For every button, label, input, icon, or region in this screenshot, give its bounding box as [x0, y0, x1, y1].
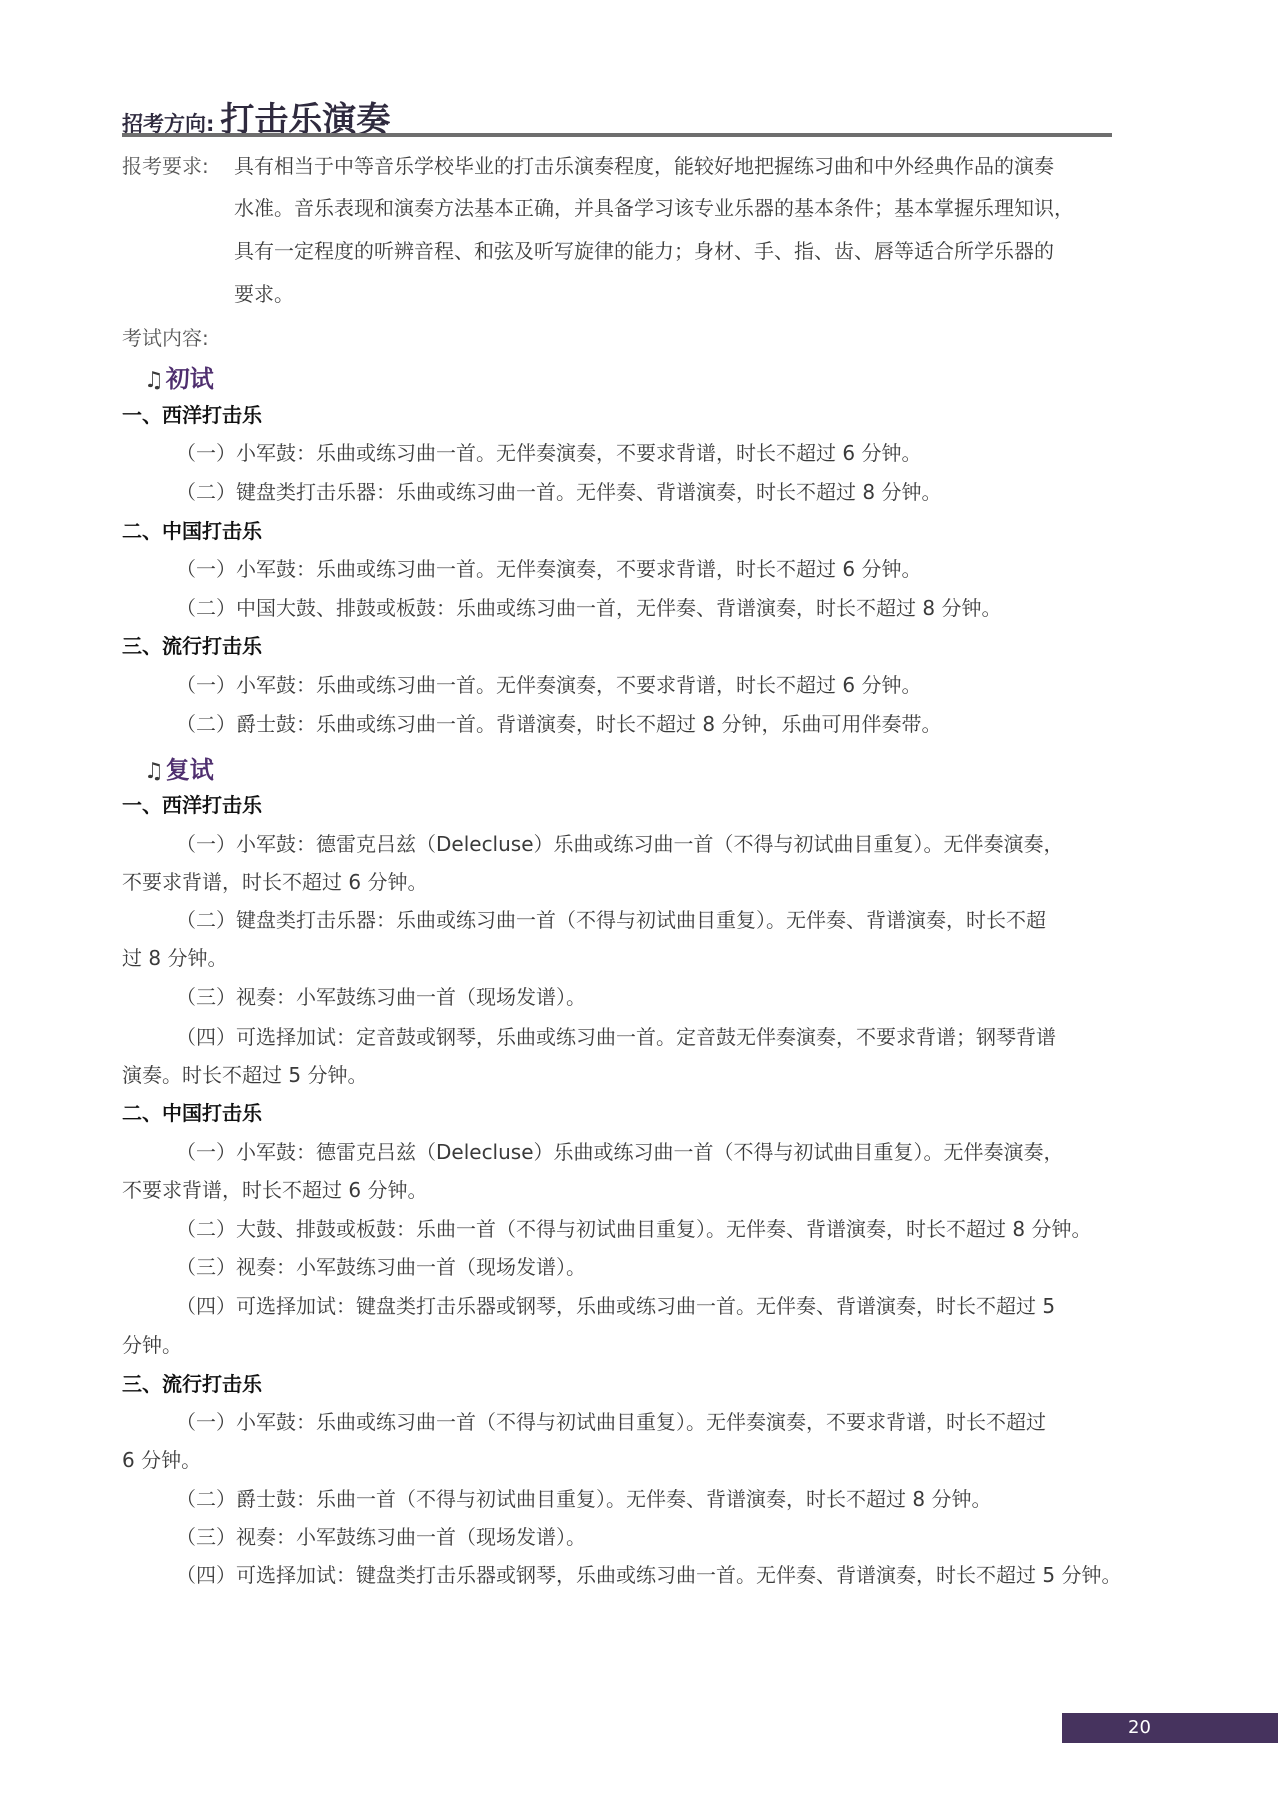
list-item: （一）小军鼓：德雷克吕兹（Delecluse）乐曲或练习曲一首（不得与初试曲目重… [176, 1138, 1064, 1166]
requirements-line: 要求。 [234, 280, 294, 308]
category-heading: 三、流行打击乐 [122, 632, 262, 660]
list-item: （一）小军鼓：乐曲或练习曲一首。无伴奏演奏，不要求背谱，时长不超过 6 分钟。 [176, 671, 921, 699]
list-item: （二）键盘类打击乐器：乐曲或练习曲一首（不得与初试曲目重复）。无伴奏、背谱演奏，… [176, 906, 1046, 934]
list-item: （一）小军鼓：乐曲或练习曲一首。无伴奏演奏，不要求背谱，时长不超过 6 分钟。 [176, 439, 921, 467]
stage-title: 初试 [166, 365, 214, 393]
header-divider [122, 133, 1112, 137]
list-item: （二）键盘类打击乐器：乐曲或练习曲一首。无伴奏、背谱演奏，时长不超过 8 分钟。 [176, 478, 941, 506]
list-item: （三）视奏：小军鼓练习曲一首（现场发谱）。 [176, 983, 586, 1011]
list-item: （一）小军鼓：乐曲或练习曲一首（不得与初试曲目重复）。无伴奏演奏，不要求背谱，时… [176, 1408, 1046, 1436]
requirements-line: 具有相当于中等音乐学校毕业的打击乐演奏程度，能较好地把握练习曲和中外经典作品的演… [234, 152, 1054, 180]
page-number-bar: 20 [1062, 1713, 1278, 1743]
music-note-icon: ♫ [144, 368, 164, 393]
list-item: （三）视奏：小军鼓练习曲一首（现场发谱）。 [176, 1523, 586, 1551]
requirements-label: 报考要求: [122, 152, 209, 180]
category-heading: 二、中国打击乐 [122, 1099, 262, 1127]
list-item-continuation: 过 8 分钟。 [122, 944, 227, 972]
list-item-continuation: 6 分钟。 [122, 1446, 201, 1474]
category-heading: 一、西洋打击乐 [122, 401, 262, 429]
requirements-line: 具有一定程度的听辨音程、和弦及听写旋律的能力；身材、手、指、齿、唇等适合所学乐器… [234, 237, 1054, 265]
stage-title: 复试 [166, 756, 214, 784]
list-item: （四）可选择加试：键盘类打击乐器或钢琴，乐曲或练习曲一首。无伴奏、背谱演奏，时长… [176, 1292, 1055, 1320]
list-item: （二）爵士鼓：乐曲或练习曲一首。背谱演奏，时长不超过 8 分钟，乐曲可用伴奏带。 [176, 710, 941, 738]
list-item: （二）大鼓、排鼓或板鼓：乐曲一首（不得与初试曲目重复）。无伴奏、背谱演奏，时长不… [176, 1215, 1091, 1243]
list-item: （四）可选择加试：键盘类打击乐器或钢琴，乐曲或练习曲一首。无伴奏、背谱演奏，时长… [176, 1561, 1121, 1589]
list-item: （四）可选择加试：定音鼓或钢琴，乐曲或练习曲一首。定音鼓无伴奏演奏，不要求背谱；… [176, 1023, 1056, 1051]
list-item-continuation: 分钟。 [122, 1331, 182, 1359]
stage-heading-final: ♫复试 [144, 755, 214, 785]
category-heading: 一、西洋打击乐 [122, 791, 262, 819]
list-item: （二）中国大鼓、排鼓或板鼓：乐曲或练习曲一首，无伴奏、背谱演奏，时长不超过 8 … [176, 594, 1001, 622]
requirements-line: 水准。音乐表现和演奏方法基本正确，并具备学习该专业乐器的基本条件；基本掌握乐理知… [234, 194, 1074, 222]
category-heading: 三、流行打击乐 [122, 1370, 262, 1398]
list-item-continuation: 不要求背谱，时长不超过 6 分钟。 [122, 1176, 427, 1204]
exam-content-label: 考试内容: [122, 324, 209, 352]
music-note-icon: ♫ [144, 759, 164, 784]
list-item: （一）小军鼓：乐曲或练习曲一首。无伴奏演奏，不要求背谱，时长不超过 6 分钟。 [176, 555, 921, 583]
list-item-continuation: 演奏。时长不超过 5 分钟。 [122, 1061, 367, 1089]
category-heading: 二、中国打击乐 [122, 517, 262, 545]
list-item: （一）小军鼓：德雷克吕兹（Delecluse）乐曲或练习曲一首（不得与初试曲目重… [176, 830, 1064, 858]
stage-heading-preliminary: ♫初试 [144, 364, 214, 394]
page-number: 20 [1128, 1713, 1151, 1743]
list-item: （三）视奏：小军鼓练习曲一首（现场发谱）。 [176, 1253, 586, 1281]
list-item-continuation: 不要求背谱，时长不超过 6 分钟。 [122, 868, 427, 896]
list-item: （二）爵士鼓：乐曲一首（不得与初试曲目重复）。无伴奏、背谱演奏，时长不超过 8 … [176, 1485, 991, 1513]
